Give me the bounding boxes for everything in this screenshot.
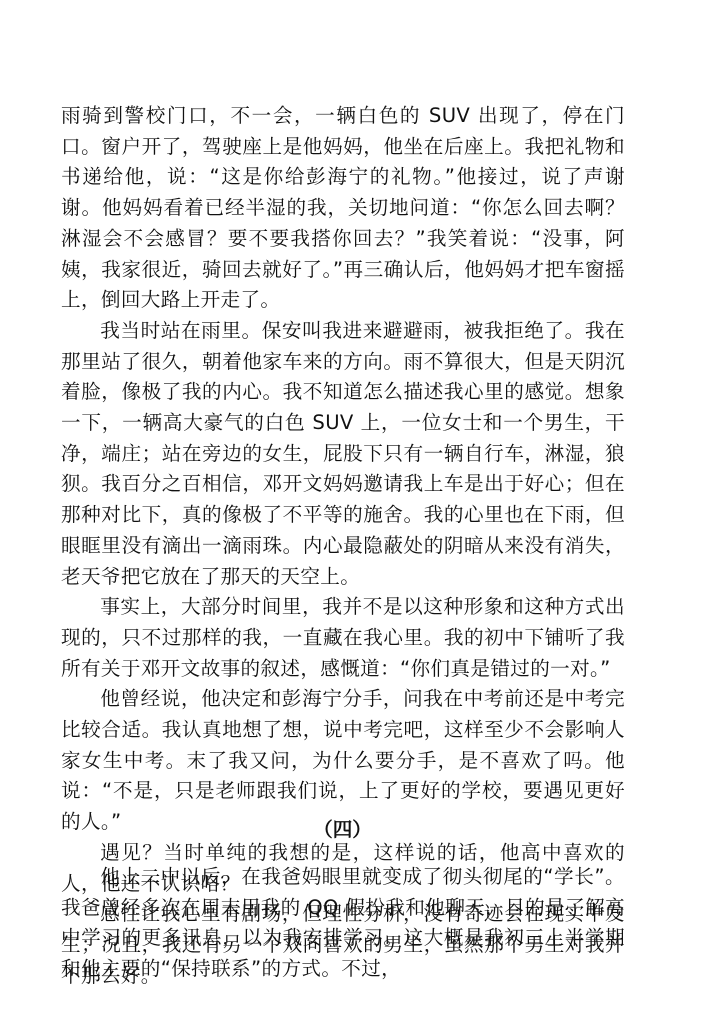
- document-page: 雨骑到警校门口，不一会，一辆白色的 SUV 出现了，停在门口。窗户开了，驾驶座上…: [0, 0, 725, 1024]
- section-4-body: 他上二中以后，在我爸妈眼里就变成了彻头彻尾的“学长”。我爸曾经多次在周末用我的 …: [61, 862, 625, 985]
- paragraph-standing-in-rain: 我当时站在雨里。保安叫我进来避避雨，被我拒绝了。我在那里站了很久，朝着他家车来的…: [61, 316, 625, 592]
- paragraph-suv-arrival: 雨骑到警校门口，不一会，一辆白色的 SUV 出现了，停在门口。窗户开了，驾驶座上…: [61, 101, 625, 316]
- paragraph-senior-student: 他上二中以后，在我爸妈眼里就变成了彻头彻尾的“学长”。我爸曾经多次在周末用我的 …: [61, 862, 625, 985]
- paragraph-hidden-self: 事实上，大部分时间里，我并不是以这种形象和这种方式出现的，只不过那样的我，一直藏…: [61, 592, 625, 684]
- section-3-body: 雨骑到警校门口，不一会，一辆白色的 SUV 出现了，停在门口。窗户开了，驾驶座上…: [61, 101, 625, 991]
- section-heading: （四）: [0, 815, 685, 845]
